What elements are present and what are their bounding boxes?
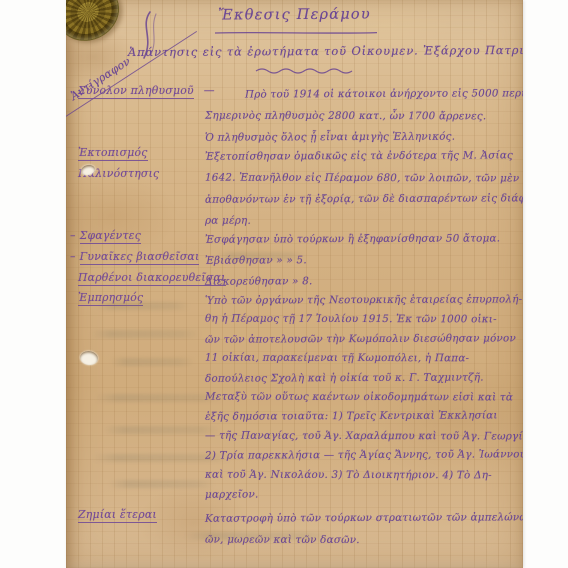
text-line: Σημερινὸς πληθυσμὸς 2800 κατ., ὧν 1700 ἄ…: [205, 105, 523, 127]
ink-bleed-smudge: [184, 532, 334, 540]
heading-text: Σφαγέντες: [80, 229, 141, 244]
text-line: 11 οἰκίαι, παρακείμεναι τῇ Κωμοπόλει, ἡ …: [205, 349, 523, 369]
document-subtitle: Ἀπάντησις εἰς τὰ ἐρωτήματα τοῦ Οἰκουμεν.…: [128, 43, 523, 59]
heading-text: Ζημίαι ἕτεραι: [78, 508, 157, 523]
ink-bleed-smudge: [96, 302, 191, 310]
text-line: 1642. Ἐπανῆλθον εἰς Πέραμον 680, τῶν λοι…: [205, 167, 523, 189]
text-line: καὶ τοῦ Ἁγ. Νικολάου. 3) Τὸ Διοικητήριον…: [205, 465, 523, 485]
text-line: Ἐσφάγησαν ὑπὸ τούρκων ἢ ἐξηφανίσθησαν 50…: [205, 228, 523, 251]
ink-bleed-smudge: [102, 426, 222, 434]
scanned-document-scan: Ἀντίγραφον Ἔκθεσις Περάμου Ἀπάντησις εἰς…: [0, 0, 568, 568]
paper-sheet: Ἀντίγραφον Ἔκθεσις Περάμου Ἀπάντησις εἰς…: [66, 0, 523, 568]
section-body: Καταστροφὴ ὑπὸ τῶν τούρκων στρατιωτῶν τῶ…: [205, 508, 523, 551]
paper-hole: [79, 350, 99, 366]
ink-bleed-smudge: [94, 394, 224, 402]
text-line: θη ἡ Πέραμος τῇ 17 Ἰουλίου 1915. Ἐκ τῶν …: [205, 310, 523, 330]
ink-bleed-smudge: [108, 480, 216, 488]
heading-text: Παρθένοι διακορευθεῖσαι: [78, 271, 226, 286]
text-line: Καταστροφὴ ὑπὸ τῶν τούρκων στρατιωτῶν τῶ…: [205, 507, 523, 530]
section-body: Ὑπὸ τῶν ὀργάνων τῆς Νεοτουρκικῆς ἑταιρεί…: [205, 291, 523, 504]
document-title: Ἔκθεσις Περάμου: [66, 5, 523, 24]
section-body: Ἐσφάγησαν ὑπὸ τούρκων ἢ ἐξηφανίσθησαν 50…: [205, 229, 523, 251]
text-line: Ὑπὸ τῶν ὀργάνων τῆς Νεοτουρκικῆς ἑταιρεί…: [205, 290, 523, 311]
section-heading: Σύνολον πληθυσμοῦ—: [78, 84, 215, 97]
title-underline: [214, 31, 378, 34]
text-line: δοπούλειος Σχολὴ καὶ ἡ οἰκία τοῦ κ. Γ. Τ…: [205, 368, 523, 389]
text-line: ἀποθανόντων ἐν τῇ ἐξορίᾳ, τῶν δὲ διασπαρ…: [205, 188, 523, 211]
subtitle-wavy-underline: [254, 67, 354, 75]
ink-bleed-smudge: [92, 454, 232, 462]
heading-dash: –: [70, 229, 76, 242]
section-body: Διεκορεύθησαν » 8.: [205, 271, 523, 293]
ink-bleed-smudge: [216, 252, 306, 260]
text-line: ῶν τῶν ἀποτελουσῶν τὴν Κωμόπολιν διεσώθη…: [205, 329, 523, 350]
text-line: μαρχεῖον.: [205, 484, 523, 505]
text-line: ἑξῆς δημόσια τοιαῦτα: 1) Τρεῖς Κεντρικαὶ…: [205, 407, 523, 428]
section-body: Πρὸ τοῦ 1914 οἱ κάτοικοι ἀνήρχοντο εἰς 5…: [205, 84, 523, 149]
text-line: — τῆς Παναγίας, τοῦ Ἁγ. Χαραλάμπου καὶ τ…: [205, 426, 523, 446]
heading-text: Σύνολον πληθυσμοῦ: [78, 84, 194, 99]
section-heading: Ζημίαι ἕτεραι: [78, 508, 157, 521]
text-line: Μεταξὺ τῶν οὕτως καέντων οἰκοδομημάτων ε…: [205, 388, 523, 408]
heading-text: Γυναῖκες βιασθεῖσαι: [80, 250, 200, 265]
text-line: 2) Τρία παρεκκλήσια — τῆς Ἁγίας Ἄννης, τ…: [205, 446, 523, 467]
text-line: Ἐξετοπίσθησαν ὁμαδικῶς εἰς τὰ ἐνδότερα τ…: [205, 145, 523, 168]
section-heading: Ἐκτοπισμός: [78, 146, 148, 159]
heading-dash: –: [70, 250, 76, 263]
heading-text: Ἐκτοπισμός: [78, 146, 148, 161]
section-body: Ἐξετοπίσθησαν ὁμαδικῶς εἰς τὰ ἐνδότερα τ…: [205, 146, 523, 232]
section-heading: –Σφαγέντες: [70, 229, 141, 242]
section-heading: Παρθένοι διακορευθεῖσαι: [78, 271, 226, 284]
section-heading: –Γυναῖκες βιασθεῖσαι: [70, 250, 199, 263]
ink-bleed-smudge: [90, 330, 202, 338]
text-line: Πρὸ τοῦ 1914 οἱ κάτοικοι ἀνήρχοντο εἰς 5…: [205, 83, 523, 106]
ink-bleed-smudge: [110, 358, 195, 366]
